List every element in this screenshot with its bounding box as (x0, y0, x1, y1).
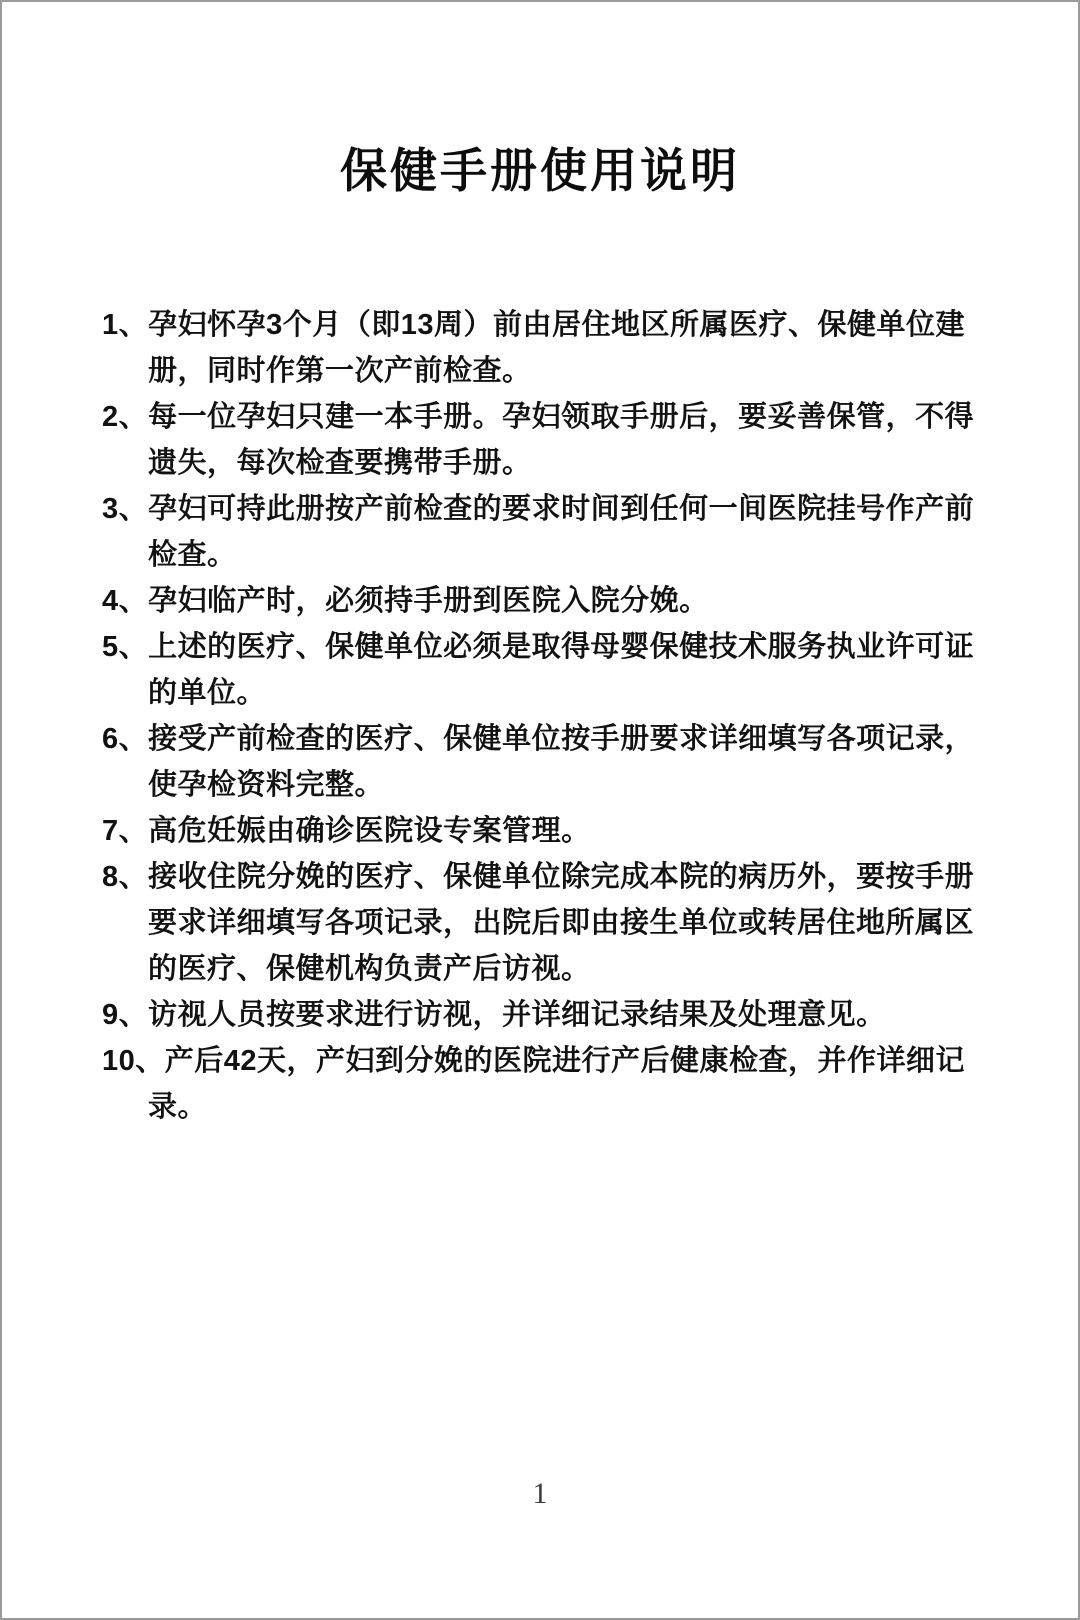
instruction-item-8: 8、接收住院分娩的医疗、保健单位除完成本院的病历外，要按手册 要求详细填写各项记… (102, 854, 982, 992)
instruction-line: 6、接受产前检查的医疗、保健单位按手册要求详细填写各项记录， (148, 716, 982, 762)
instruction-line: 遗失，每次检查要携带手册。 (148, 440, 982, 486)
instruction-line: 3、孕妇可持此册按产前检查的要求时间到任何一间医院挂号作产前 (148, 486, 982, 532)
page-title: 保健手册使用说明 (2, 142, 1078, 200)
instruction-line: 要求详细填写各项记录，出院后即由接生单位或转居住地所属区 (148, 900, 982, 946)
instruction-line: 册，同时作第一次产前检查。 (148, 348, 982, 394)
page-number: 1 (2, 1476, 1078, 1512)
instruction-line: 5、上述的医疗、保健单位必须是取得母婴保健技术服务执业许可证 (148, 624, 982, 670)
instruction-line: 4、孕妇临产时，必须持手册到医院入院分娩。 (148, 578, 982, 624)
instruction-item-3: 3、孕妇可持此册按产前检查的要求时间到任何一间医院挂号作产前 检查。 (102, 486, 982, 578)
instruction-item-2: 2、每一位孕妇只建一本手册。孕妇领取手册后，要妥善保管，不得 遗失，每次检查要携… (102, 394, 982, 486)
instruction-line: 使孕检资料完整。 (148, 762, 982, 808)
instruction-line: 检查。 (148, 532, 982, 578)
instruction-line: 的单位。 (148, 670, 982, 716)
instruction-line: 1、孕妇怀孕3个月（即13周）前由居住地区所属医疗、保健单位建 (148, 302, 982, 348)
instruction-line: 10、产后42天，产妇到分娩的医院进行产后健康检查，并作详细记 (148, 1038, 982, 1084)
instruction-line: 2、每一位孕妇只建一本手册。孕妇领取手册后，要妥善保管，不得 (148, 394, 982, 440)
instruction-item-6: 6、接受产前检查的医疗、保健单位按手册要求详细填写各项记录， 使孕检资料完整。 (102, 716, 982, 808)
instruction-line: 录。 (148, 1084, 982, 1130)
instruction-item-1: 1、孕妇怀孕3个月（即13周）前由居住地区所属医疗、保健单位建 册，同时作第一次… (102, 302, 982, 394)
instruction-item-4: 4、孕妇临产时，必须持手册到医院入院分娩。 (102, 578, 982, 624)
instruction-line: 7、高危妊娠由确诊医院设专案管理。 (148, 808, 982, 854)
instruction-item-9: 9、访视人员按要求进行访视，并详细记录结果及处理意见。 (102, 992, 982, 1038)
instruction-item-10: 10、产后42天，产妇到分娩的医院进行产后健康检查，并作详细记 录。 (102, 1038, 982, 1130)
instruction-list: 1、孕妇怀孕3个月（即13周）前由居住地区所属医疗、保健单位建 册，同时作第一次… (102, 302, 982, 1130)
instruction-line: 9、访视人员按要求进行访视，并详细记录结果及处理意见。 (148, 992, 982, 1038)
instruction-item-7: 7、高危妊娠由确诊医院设专案管理。 (102, 808, 982, 854)
instruction-line: 的医疗、保健机构负责产后访视。 (148, 946, 982, 992)
instruction-item-5: 5、上述的医疗、保健单位必须是取得母婴保健技术服务执业许可证 的单位。 (102, 624, 982, 716)
instruction-line: 8、接收住院分娩的医疗、保健单位除完成本院的病历外，要按手册 (148, 854, 982, 900)
document-page: 保健手册使用说明 1、孕妇怀孕3个月（即13周）前由居住地区所属医疗、保健单位建… (0, 0, 1080, 1620)
